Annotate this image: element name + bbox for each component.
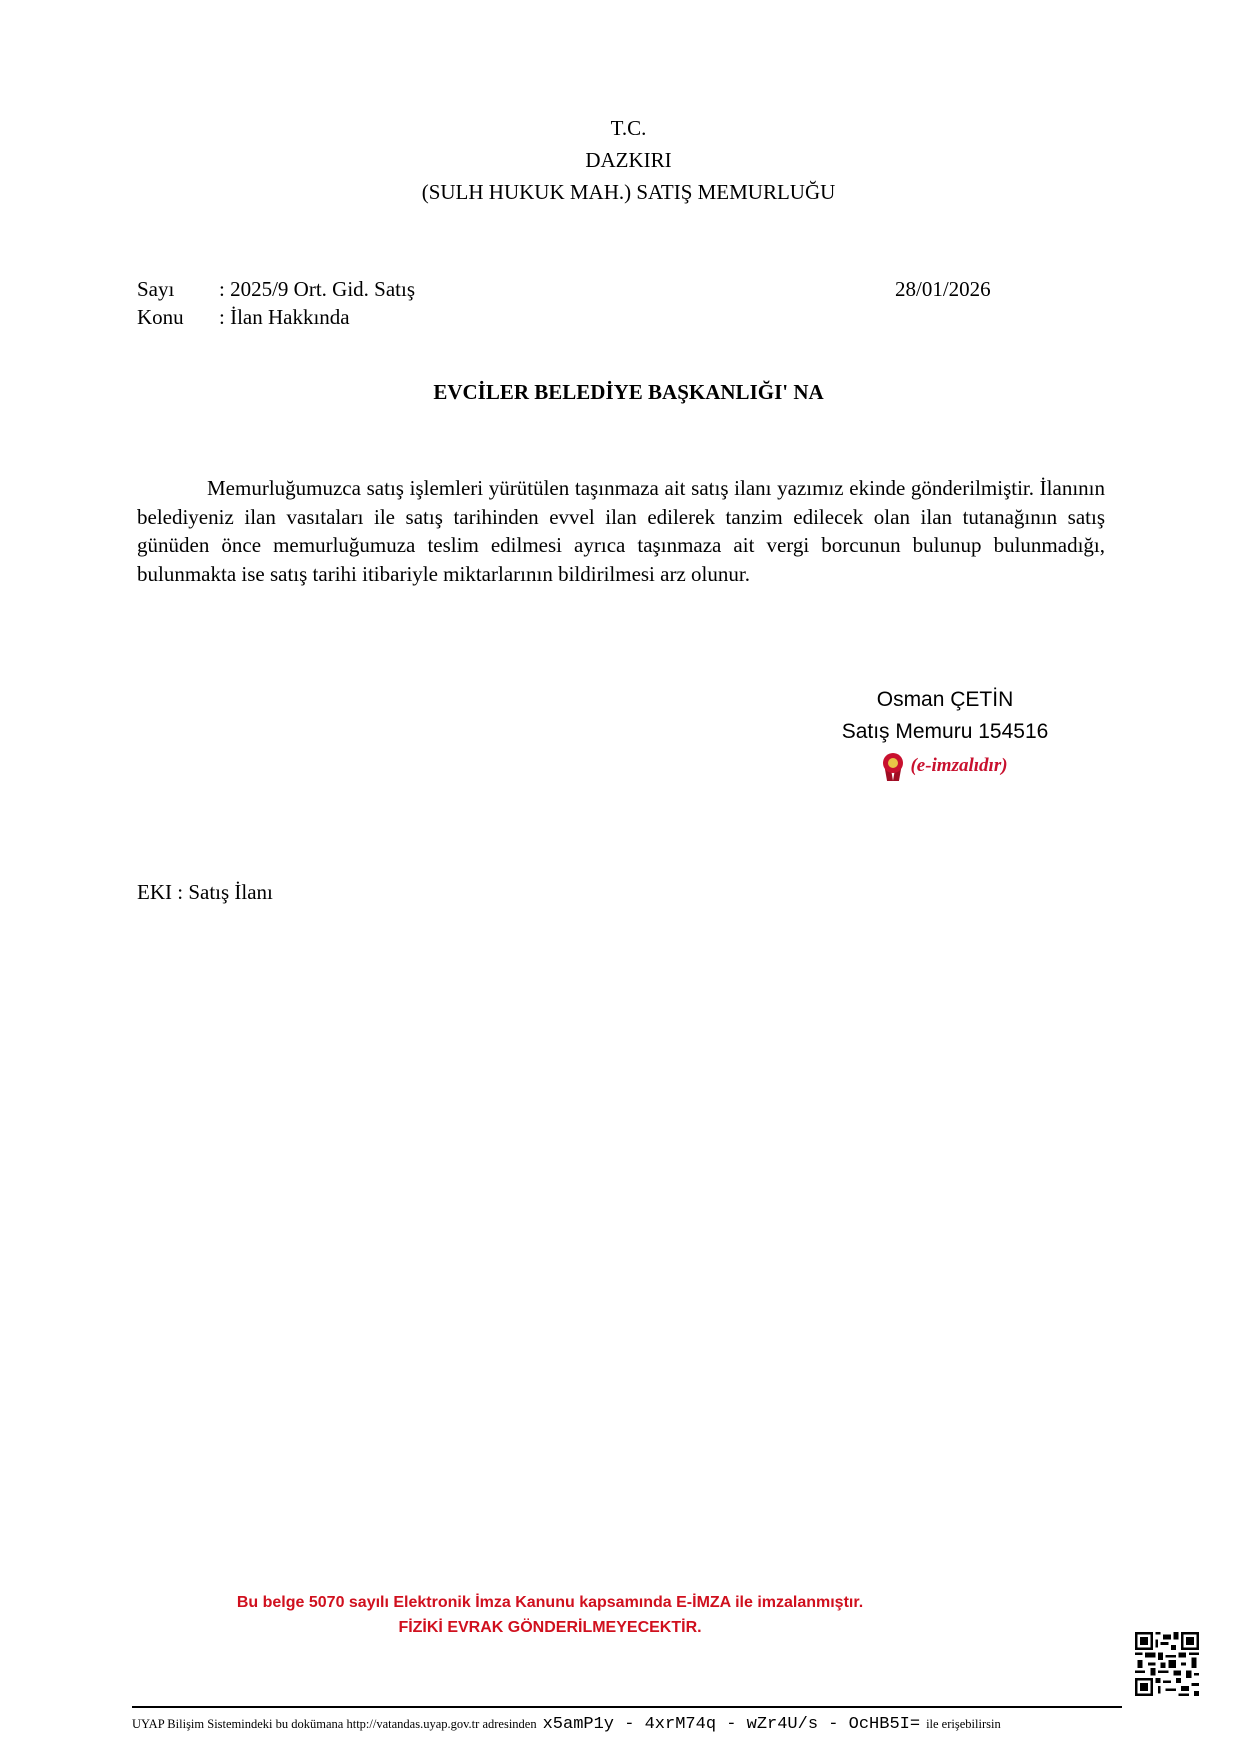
meta-konu-row: Konu : İlan Hakkında <box>137 303 415 331</box>
header-office: (SULH HUKUK MAH.) SATIŞ MEMURLUĞU <box>8 176 1241 208</box>
attachment-note: EKI : Satış İlanı <box>137 878 273 906</box>
footer-prefix: UYAP Bilişim Sistemindeki bu dokümana ht… <box>132 1714 537 1734</box>
notice-line-1: Bu belge 5070 sayılı Elektronik İmza Kan… <box>0 1590 1100 1615</box>
addressee: EVCİLER BELEDİYE BAŞKANLIĞI' NA <box>0 378 1241 406</box>
e-signature-mark: (e-imzalıdır) <box>810 750 1080 782</box>
body-paragraph: Memurluğumuzca satış işlemleri yürütülen… <box>137 474 1105 588</box>
header-district: DAZKIRI <box>8 144 1241 176</box>
konu-value: : İlan Hakkında <box>219 303 350 331</box>
document-meta: Sayı : 2025/9 Ort. Gid. Satış Konu : İla… <box>137 275 415 331</box>
signer-name: Osman ÇETİN <box>810 684 1080 716</box>
header-tc: T.C. <box>8 112 1241 144</box>
qr-code-icon <box>1135 1632 1199 1696</box>
sayi-label: Sayı <box>137 275 219 303</box>
addressee-text: EVCİLER BELEDİYE BAŞKANLIĞI' NA <box>433 380 823 404</box>
verification-code: x5amP1y - 4xrM74q - wZr4U/s - OcHB5I= <box>543 1715 920 1735</box>
notice-line-2: FİZİKİ EVRAK GÖNDERİLMEYECEKTİR. <box>0 1615 1100 1640</box>
sayi-value: : 2025/9 Ort. Gid. Satış <box>219 275 415 303</box>
e-signed-label: (e-imzalıdır) <box>910 750 1007 782</box>
seal-rosette-icon <box>882 751 904 781</box>
konu-label: Konu <box>137 303 219 331</box>
footer-suffix: ile erişebilirsin <box>926 1714 1001 1734</box>
document-date: 28/01/2026 <box>895 275 991 303</box>
signer-title: Satış Memuru 154516 <box>810 716 1080 748</box>
footer-verification: UYAP Bilişim Sistemindeki bu dokümana ht… <box>132 1714 1122 1735</box>
e-signature-notice: Bu belge 5070 sayılı Elektronik İmza Kan… <box>0 1590 1100 1640</box>
document-header: T.C. DAZKIRI (SULH HUKUK MAH.) SATIŞ MEM… <box>0 112 1241 208</box>
signature-block: Osman ÇETİN Satış Memuru 154516 (e-imzal… <box>810 684 1080 782</box>
meta-sayi-row: Sayı : 2025/9 Ort. Gid. Satış <box>137 275 415 303</box>
footer-divider <box>132 1706 1122 1708</box>
